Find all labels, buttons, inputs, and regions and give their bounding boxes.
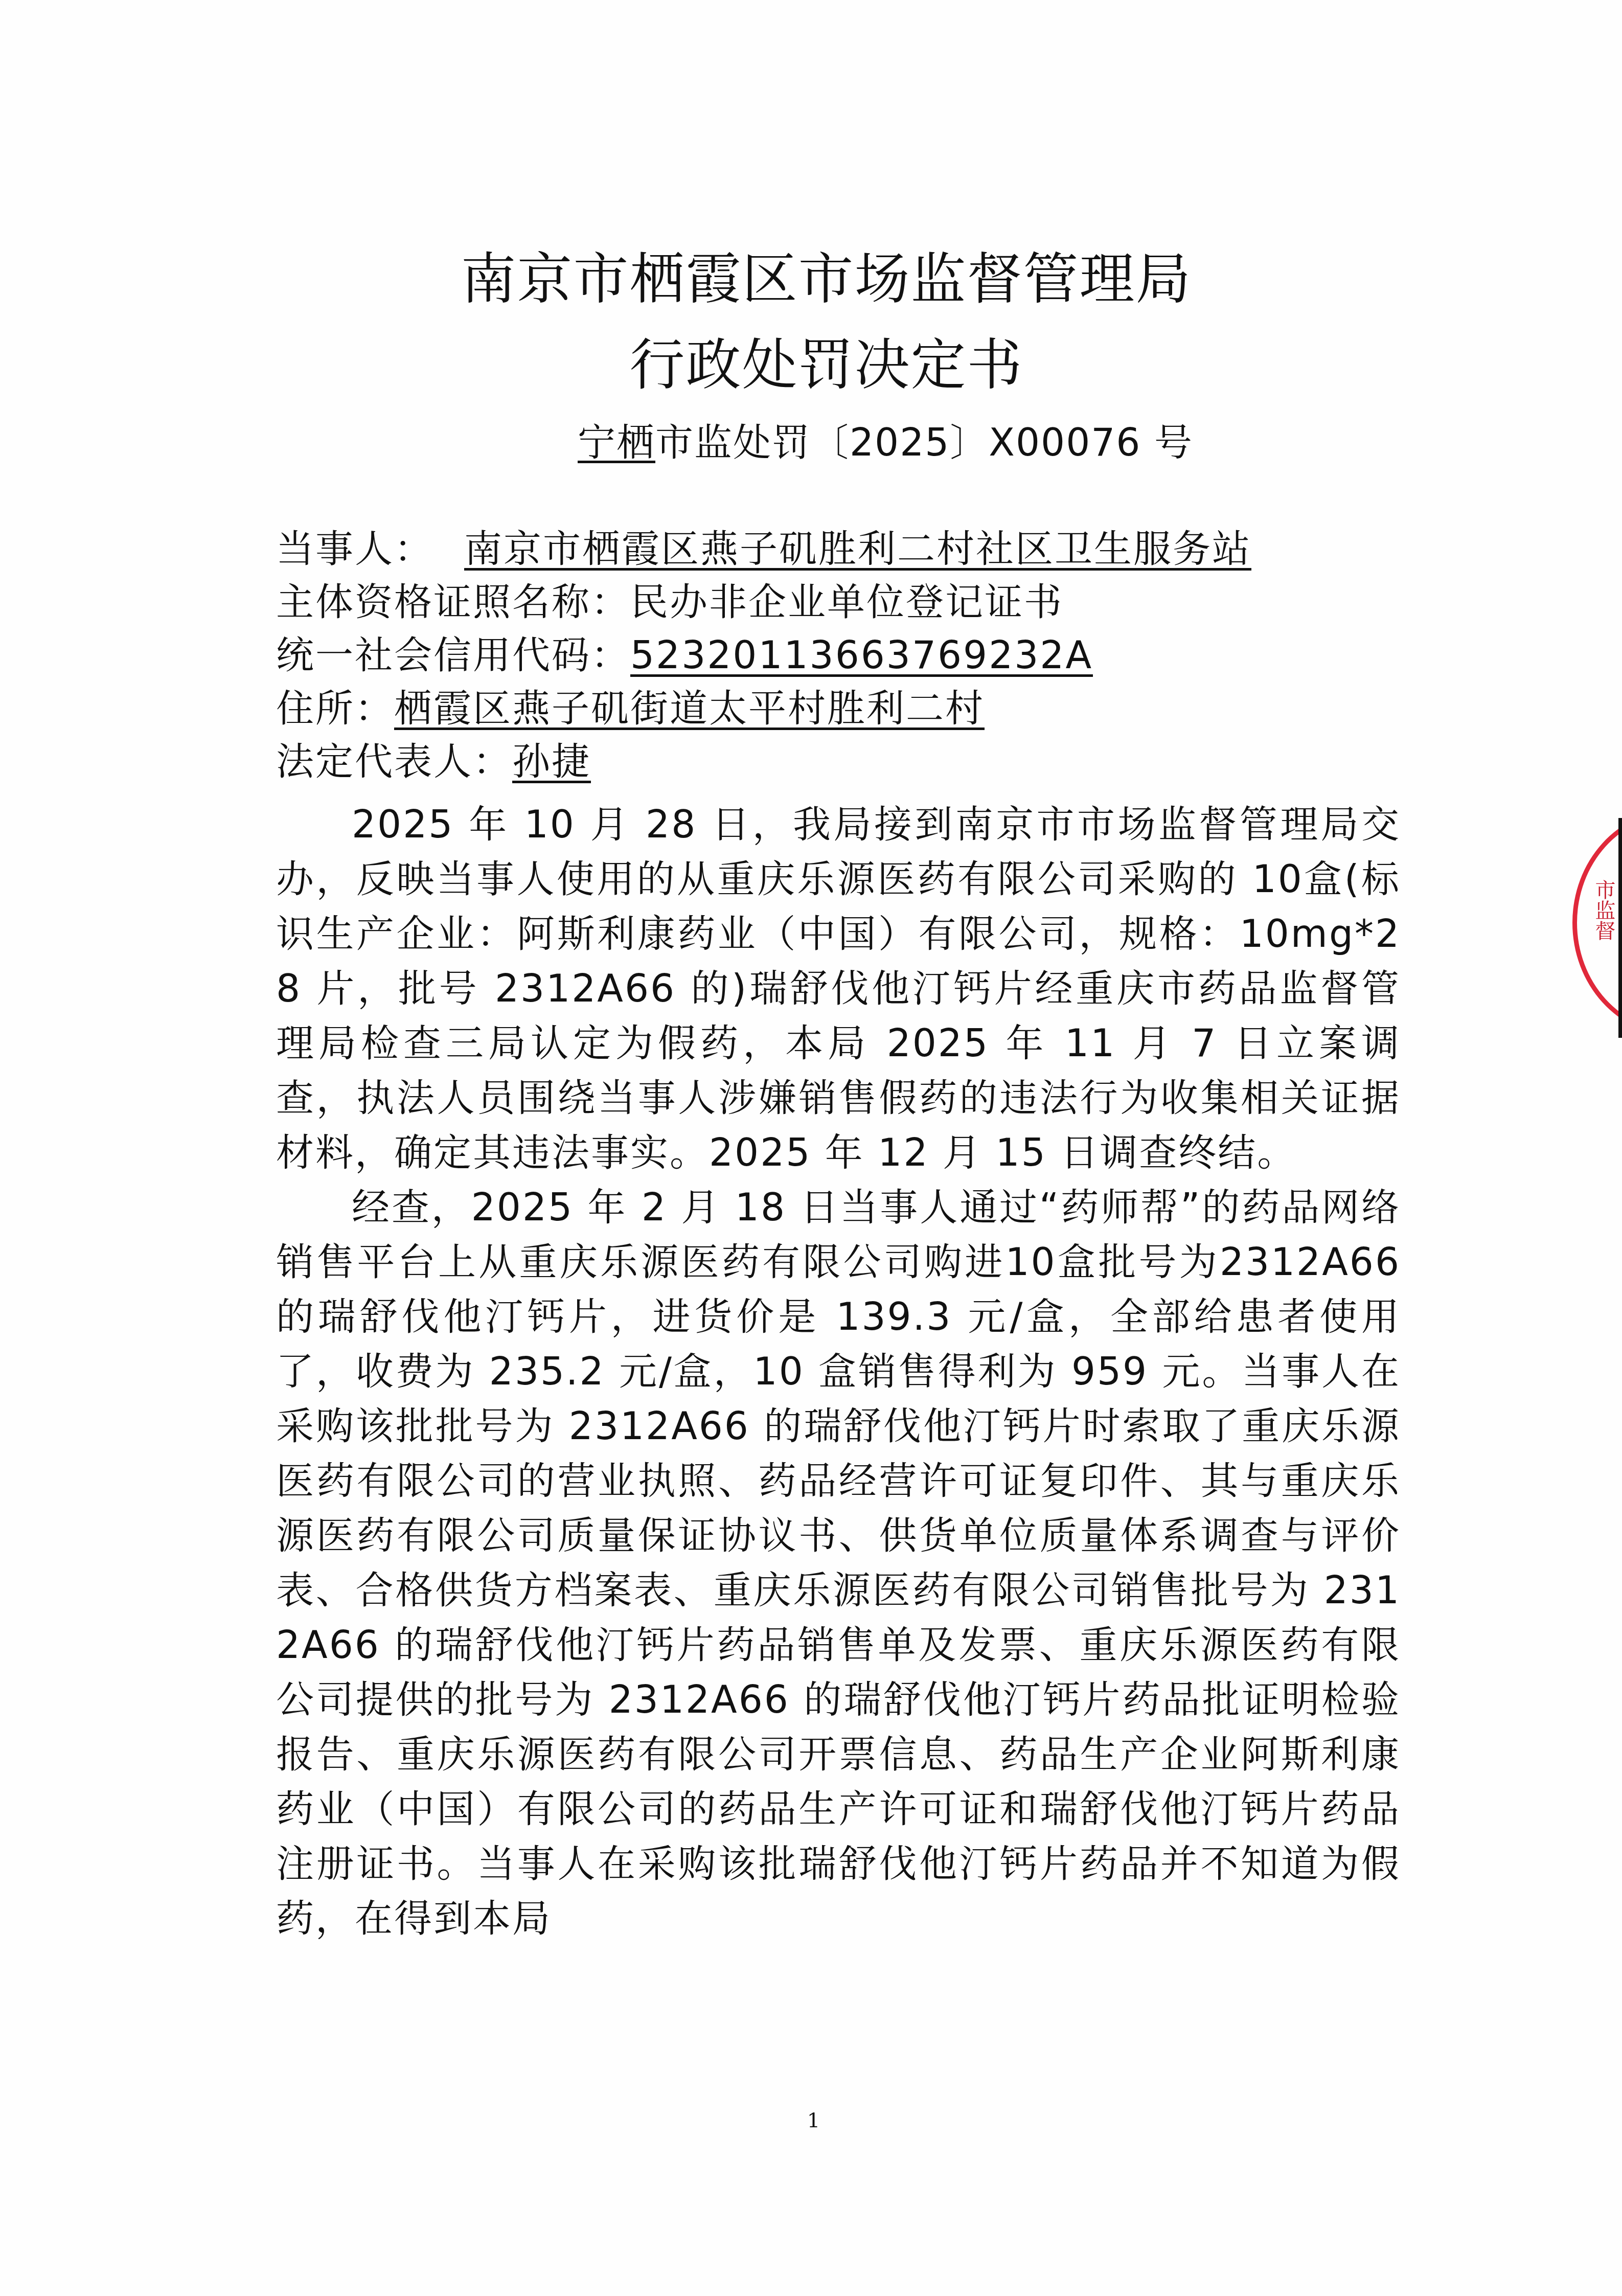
license-label: 主体资格证照名称： xyxy=(276,580,630,624)
credit-code: 52320113663769232A xyxy=(630,633,1093,677)
address-line: 住所：栖霞区燕子矶街道太平村胜利二村 xyxy=(276,682,1401,735)
license-line: 主体资格证照名称：民办非企业单位登记证书 xyxy=(276,576,1401,629)
issuing-authority-title: 南京市栖霞区市场监督管理局 xyxy=(0,246,1622,313)
document-body: 2025 年 10 月 28 日，我局接到南京市市场监督管理局交办，反映当事人使… xyxy=(276,798,1401,1946)
party-label: 当事人： xyxy=(276,527,433,571)
doc-number-rest: 市监处罚〔2025〕X00076 号 xyxy=(655,421,1193,465)
document-number: 宁栖市监处罚〔2025〕X00076 号 xyxy=(578,418,1193,467)
address-label: 住所： xyxy=(276,687,394,731)
license-name: 民办非企业单位登记证书 xyxy=(630,580,1063,624)
case-background-paragraph: 2025 年 10 月 28 日，我局接到南京市市场监督管理局交办，反映当事人使… xyxy=(276,798,1401,1180)
investigation-findings-paragraph: 经查，2025 年 2 月 18 日当事人通过“药师帮”的药品网络销售平台上从重… xyxy=(276,1180,1401,1946)
doc-number-prefix: 宁栖 xyxy=(578,421,655,465)
party-line: 当事人：南京市栖霞区燕子矶胜利二村社区卫生服务站 xyxy=(276,522,1401,576)
page-edge-line xyxy=(1618,818,1622,1038)
seal-text: 市监督 xyxy=(1595,879,1619,941)
party-info-block: 当事人：南京市栖霞区燕子矶胜利二村社区卫生服务站 主体资格证照名称：民办非企业单… xyxy=(276,522,1401,788)
credit-code-label: 统一社会信用代码： xyxy=(276,633,630,677)
party-name: 南京市栖霞区燕子矶胜利二村社区卫生服务站 xyxy=(464,527,1251,571)
legal-representative-label: 法定代表人： xyxy=(276,740,512,784)
document-type-title: 行政处罚决定书 xyxy=(0,332,1622,399)
page-number: 1 xyxy=(0,2105,1622,2136)
legal-representative-line: 法定代表人：孙捷 xyxy=(276,735,1401,788)
legal-representative: 孙捷 xyxy=(512,740,591,784)
address: 栖霞区燕子矶街道太平村胜利二村 xyxy=(394,687,985,731)
credit-code-line: 统一社会信用代码：52320113663769232A xyxy=(276,629,1401,682)
document-page: 南京市栖霞区市场监督管理局 行政处罚决定书 宁栖市监处罚〔2025〕X00076… xyxy=(0,0,1622,2296)
